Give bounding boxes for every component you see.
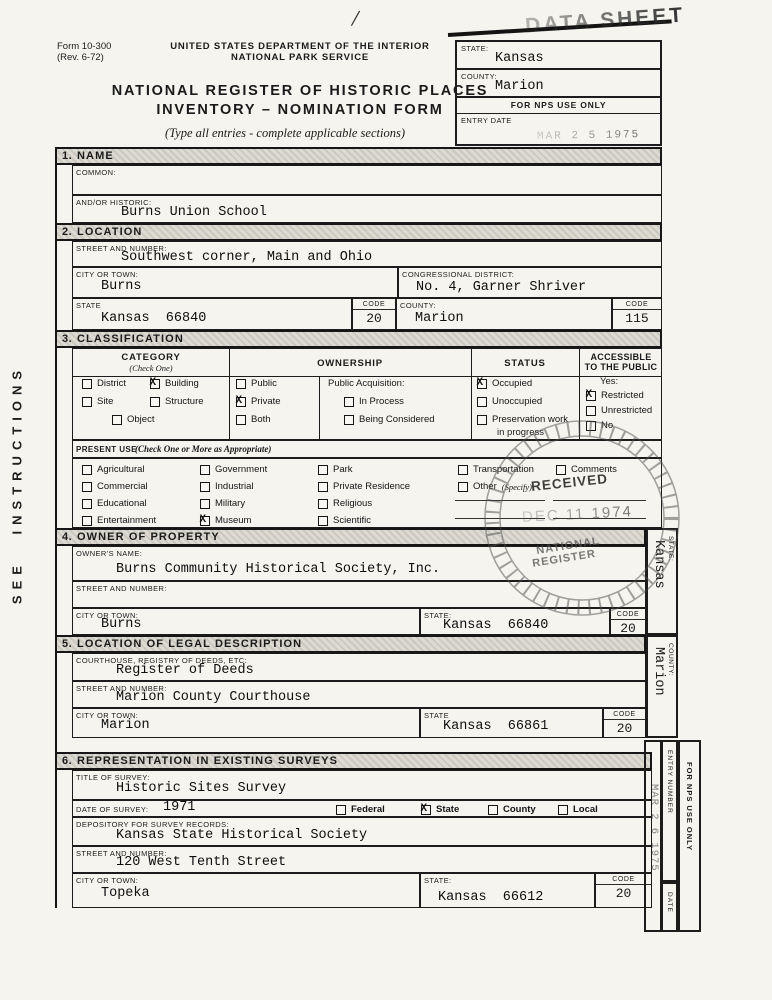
checkbox-being-considered: Being Considered (344, 414, 435, 425)
checkbox-box (200, 482, 210, 492)
field-congressional-district: CONGRESSIONAL DISTRICT: No. 4, Garner Sh… (398, 267, 662, 298)
county-code-value: 115 (613, 311, 661, 326)
checkbox-box (200, 499, 210, 509)
checkbox-box (200, 465, 210, 475)
district-value: No. 4, Garner Shriver (416, 280, 586, 295)
depository-value: Kansas State Historical Society (116, 828, 367, 843)
common-label: COMMON: (76, 168, 116, 177)
field-owner-city: CITY OR TOWN: Burns (72, 608, 420, 635)
checkbox-label: Educational (97, 498, 147, 509)
grid-line (319, 376, 320, 441)
checkbox-label: Local (573, 804, 598, 815)
entry-number-label: ENTRY NUMBER (666, 750, 673, 814)
checkbox-label: Scientific (333, 515, 371, 526)
survey-state-label: STATE: (424, 876, 452, 885)
sidebar-state-value: Kansas (651, 540, 666, 589)
checkbox-site: Site (82, 396, 113, 407)
checkbox-local: Local (558, 804, 598, 815)
entry-number-stamp: MAR 2 6 1975 (648, 784, 660, 872)
checkbox-box (236, 397, 246, 407)
owner-city-value: Burns (101, 617, 142, 632)
nps-county-row: COUNTY: Marion (457, 70, 660, 98)
checkbox-state: State (421, 804, 459, 815)
checkbox-box (150, 397, 160, 407)
survey-title-value: Historic Sites Survey (116, 781, 286, 796)
checkbox-box (477, 415, 487, 425)
checkbox-box (82, 465, 92, 475)
section-bar-name: 1. NAME (55, 147, 662, 165)
nps-county-value: Marion (495, 79, 544, 94)
scanned-form-page: Form 10-300 (Rev. 6-72) UNITED STATES DE… (0, 0, 772, 1000)
checkbox-label: County (503, 804, 536, 815)
field-common: COMMON: (72, 165, 662, 195)
category-header: CATEGORY (73, 352, 229, 363)
courthouse-value: Register of Deeds (116, 663, 254, 678)
checkbox-label: In Process (359, 396, 404, 407)
checkbox-unrestricted: Unrestricted (586, 405, 652, 416)
city-value: Burns (101, 279, 142, 294)
checkbox-in-process: In Process (344, 396, 404, 407)
survey-code-value: 20 (596, 886, 651, 901)
owner-name-value: Burns Community Historical Society, Inc. (116, 562, 440, 577)
district-label: CONGRESSIONAL DISTRICT: (402, 270, 514, 279)
state-code-value: 20 (353, 311, 395, 326)
checkbox-label: Object (127, 414, 154, 425)
legal-street-value: Marion County Courthouse (116, 690, 310, 705)
checkbox-box (200, 516, 210, 526)
survey-city-label: CITY OR TOWN: (76, 876, 138, 885)
sidebar-county-value: Marion (651, 647, 666, 696)
section-bar-location: 2. LOCATION (55, 223, 662, 241)
entry-date-label: ENTRY DATE (461, 116, 512, 125)
checkbox-box (318, 482, 328, 492)
checkbox-label: Building (165, 378, 199, 389)
checkbox-other: Other(Specify) (458, 481, 532, 492)
section-number: 5. (62, 638, 77, 650)
nps-county-label: COUNTY: (461, 72, 497, 81)
sidebar-state-label: STATE: (667, 536, 674, 561)
checkbox-box (318, 499, 328, 509)
checkbox-label: Public (251, 378, 277, 389)
agency-block: UNITED STATES DEPARTMENT OF THE INTERIOR… (140, 41, 460, 63)
checkbox-box (82, 516, 92, 526)
checkbox-occupied: Occupied (477, 378, 532, 389)
checkbox-label: State (436, 804, 459, 815)
field-street: STREET AND NUMBER: Southwest corner, Mai… (72, 241, 662, 267)
accessible-header-line1: ACCESSIBLE (579, 352, 663, 362)
fill-in-line (553, 518, 646, 519)
sidebar-state-cell: STATE: Kansas (646, 528, 678, 635)
checkbox-religious: Religious (318, 498, 372, 509)
field-depository: DEPOSITORY FOR SURVEY RECORDS: Kansas St… (72, 817, 652, 846)
section-title: REPRESENTATION IN EXISTING SURVEYS (77, 755, 338, 767)
checkbox-restricted: Restricted (586, 390, 644, 401)
section-number: 1. (62, 150, 77, 162)
accessible-header-line2: TO THE PUBLIC (579, 362, 663, 372)
entry-date-stamp: MAR 2 5 1975 (537, 129, 640, 143)
checkbox-private: Private (236, 396, 281, 407)
checkbox-district: District (82, 378, 126, 389)
checkbox-public: Public (236, 378, 277, 389)
sidebar-date-label: DATE (666, 892, 673, 913)
county-label: COUNTY: (400, 301, 436, 310)
category-header-cell: CATEGORY (Check One) (73, 352, 229, 373)
sidebar-county-cell: COUNTY: Marion (646, 635, 678, 738)
state-code-cell: CODE 20 (352, 298, 396, 330)
field-legal-city: CITY OR TOWN: Marion (72, 708, 420, 738)
field-legal-street: STREET AND NUMBER: Marion County Courtho… (72, 681, 646, 708)
nps-use-only-header: FOR NPS USE ONLY (457, 98, 660, 114)
sidebar-stamp-cell: MAR 2 6 1975 (644, 740, 662, 932)
checkbox-label: Industrial (215, 481, 254, 492)
field-survey-street: STREET AND NUMBER: 120 West Tenth Street (72, 846, 652, 873)
checkbox-box (150, 379, 160, 389)
checkbox-building: Building (150, 378, 199, 389)
checkbox-scientific: Scientific (318, 515, 371, 526)
form-title-line2: INVENTORY – NOMINATION FORM (90, 101, 510, 120)
checkbox-label: Being Considered (359, 414, 435, 425)
city-label: CITY OR TOWN: (76, 270, 138, 279)
classification-table: CATEGORY (Check One) OWNERSHIP STATUS AC… (72, 348, 662, 440)
field-owner-state: STATE: Kansas 66840 (420, 608, 610, 635)
checkbox-label: Unrestricted (601, 405, 652, 416)
form-title-line1: NATIONAL REGISTER OF HISTORIC PLACES (90, 82, 510, 101)
present-use-subnote: (Check One or More as Appropriate) (135, 444, 271, 454)
status-line2: in progress (497, 427, 544, 438)
grid-line (73, 376, 661, 377)
checkbox-box (82, 499, 92, 509)
nps-state-row: STATE: Kansas (457, 42, 660, 70)
legal-code-cell: CODE 20 (603, 708, 646, 738)
checkbox-preservation-work: Preservation work (477, 414, 568, 425)
owner-code-cell: CODE 20 (610, 608, 646, 635)
skewed-scan-line (448, 19, 672, 37)
checkbox-label: Restricted (601, 390, 644, 401)
checkbox-box (458, 465, 468, 475)
checkbox-label: Park (333, 464, 353, 475)
section-bar-classification: 3. CLASSIFICATION (55, 330, 662, 348)
checkbox-label: Site (97, 396, 113, 407)
checkbox-box (477, 397, 487, 407)
checkbox-military: Military (200, 498, 245, 509)
county-value: Marion (415, 311, 464, 326)
checkbox-box (82, 397, 92, 407)
checkbox-label: Federal (351, 804, 385, 815)
agency-line1: UNITED STATES DEPARTMENT OF THE INTERIOR (140, 41, 460, 52)
checkbox-private-residence: Private Residence (318, 481, 410, 492)
checkbox-commercial: Commercial (82, 481, 148, 492)
checkbox-box (344, 415, 354, 425)
checkbox-both: Both (236, 414, 271, 425)
accessible-header-cell: ACCESSIBLE TO THE PUBLIC (579, 352, 663, 372)
nps-state-value: Kansas (495, 51, 544, 66)
checkbox-box (586, 421, 596, 431)
category-subheader: (Check One) (73, 363, 229, 373)
checkbox-industrial: Industrial (200, 481, 254, 492)
checkbox-box (556, 465, 566, 475)
checkbox-label: District (97, 378, 126, 389)
survey-date-label: DATE OF SURVEY: (76, 805, 148, 814)
section-title: LOCATION (77, 226, 142, 238)
section-title: NAME (77, 150, 114, 162)
survey-street-value: 120 West Tenth Street (116, 855, 286, 870)
fill-in-line (455, 518, 545, 519)
fill-in-line (455, 500, 545, 501)
form-title-block: NATIONAL REGISTER OF HISTORIC PLACES INV… (90, 82, 510, 120)
present-use-header-row: PRESENT USE (Check One or More as Approp… (72, 440, 662, 458)
other-specify-note: (Specify) (502, 482, 532, 492)
checkbox-museum: Museum (200, 515, 251, 526)
checkbox-label: Other (473, 481, 497, 492)
section-title: LOCATION OF LEGAL DESCRIPTION (77, 638, 302, 650)
ownership-header: OWNERSHIP (229, 358, 471, 369)
code-label: CODE (613, 299, 661, 310)
section-title: OWNER OF PROPERTY (77, 531, 220, 543)
field-survey-title: TITLE OF SURVEY: Historic Sites Survey (72, 770, 652, 800)
field-survey-date: DATE OF SURVEY: 1971 Federal State Count… (72, 800, 652, 817)
acquisition-label: Public Acquisition: (328, 378, 405, 389)
checkbox-park: Park (318, 464, 353, 475)
checkbox-box (318, 465, 328, 475)
section-number: 2. (62, 226, 77, 238)
checkbox-box (236, 379, 246, 389)
code-label: CODE (596, 874, 651, 885)
checkbox-federal: Federal (336, 804, 385, 815)
status-header: STATUS (471, 358, 579, 369)
checkbox-box (488, 805, 498, 815)
owner-name-label: OWNER'S NAME: (76, 549, 142, 558)
nps-state-label: STATE: (461, 44, 489, 53)
checkbox-box (458, 482, 468, 492)
checkbox-agricultural: Agricultural (82, 464, 145, 475)
section-title: CLASSIFICATION (77, 333, 184, 345)
checkbox-box (586, 406, 596, 416)
checkbox-box (336, 805, 346, 815)
county-code-cell: CODE 115 (612, 298, 662, 330)
section-number: 3. (62, 333, 77, 345)
checkbox-box (236, 415, 246, 425)
sidebar-nps-only-cell: FOR NPS USE ONLY (678, 740, 701, 932)
checkbox-label: Religious (333, 498, 372, 509)
checkbox-box (82, 379, 92, 389)
checkbox-label: Government (215, 464, 267, 475)
checkbox-label: Occupied (492, 378, 532, 389)
field-city: CITY OR TOWN: Burns (72, 267, 398, 298)
sidebar-county-label: COUNTY: (667, 643, 674, 676)
checkbox-box (477, 379, 487, 389)
handwritten-mark: / (350, 6, 361, 34)
checkbox-county: County (488, 804, 536, 815)
sidebar-entry-number-cell: ENTRY NUMBER (661, 740, 678, 882)
section-bar-legal: 5. LOCATION OF LEGAL DESCRIPTION (55, 635, 646, 653)
street-value: Southwest corner, Main and Ohio (121, 250, 372, 265)
present-use-label: PRESENT USE (76, 445, 137, 454)
accessible-yes-label: Yes: (600, 376, 618, 387)
field-state: STATE Kansas 66840 (72, 298, 352, 330)
checkbox-label: No (601, 420, 613, 431)
checkbox-label: Structure (165, 396, 204, 407)
legal-city-value: Marion (101, 718, 150, 733)
checkbox-label: Private (251, 396, 281, 407)
checkbox-object: Object (112, 414, 154, 425)
checkbox-label: Transportation (473, 464, 534, 475)
checkbox-label: Private Residence (333, 481, 410, 492)
nps-use-box: STATE: Kansas COUNTY: Marion FOR NPS USE… (455, 40, 662, 146)
checkbox-box (421, 805, 431, 815)
checkbox-box (112, 415, 122, 425)
field-survey-state: STATE: Kansas 66612 (420, 873, 595, 908)
survey-state-value: Kansas 66612 (438, 890, 543, 905)
state-label: STATE (76, 301, 101, 310)
field-courthouse: COURTHOUSE, REGISTRY OF DEEDS, ETC: Regi… (72, 653, 646, 681)
section-bar-owner: 4. OWNER OF PROPERTY (55, 528, 646, 546)
checkbox-government: Government (200, 464, 267, 475)
checkbox-box (318, 516, 328, 526)
legal-state-value: Kansas 66861 (443, 719, 548, 734)
type-instructions: (Type all entries - complete applicable … (120, 126, 450, 141)
checkbox-unoccupied: Unoccupied (477, 396, 542, 407)
code-label: CODE (353, 299, 395, 310)
form-number: Form 10-300 (57, 41, 111, 52)
section-bar-surveys: 6. REPRESENTATION IN EXISTING SURVEYS (55, 752, 652, 770)
code-label: CODE (604, 709, 645, 720)
checkbox-structure: Structure (150, 396, 204, 407)
checkbox-box (344, 397, 354, 407)
checkbox-label: Military (215, 498, 245, 509)
nps-entry-date-row: ENTRY DATE MAR 2 5 1975 (457, 114, 660, 148)
section-number: 6. (62, 755, 77, 767)
checkbox-no: No (586, 420, 613, 431)
sidebar-date-cell: DATE (661, 882, 678, 932)
checkbox-label: Unoccupied (492, 396, 542, 407)
checkbox-box (82, 482, 92, 492)
field-survey-city: CITY OR TOWN: Topeka (72, 873, 420, 908)
checkbox-label: Commercial (97, 481, 148, 492)
checkbox-educational: Educational (82, 498, 147, 509)
checkbox-label: Preservation work (492, 414, 568, 425)
agency-line2: NATIONAL PARK SERVICE (140, 52, 460, 63)
field-county: COUNTY: Marion (396, 298, 612, 330)
survey-date-value: 1971 (163, 800, 195, 815)
state-value: Kansas 66840 (101, 311, 206, 326)
code-label: CODE (611, 609, 645, 620)
historic-value: Burns Union School (121, 205, 267, 220)
checkbox-comments: Comments (556, 464, 617, 475)
field-owner-name: OWNER'S NAME: Burns Community Historical… (72, 546, 646, 581)
checkbox-transportation: Transportation (458, 464, 534, 475)
checkbox-box (558, 805, 568, 815)
checkbox-label: Entertainment (97, 515, 156, 526)
field-owner-street: STREET AND NUMBER: (72, 581, 646, 608)
survey-city-value: Topeka (101, 886, 150, 901)
field-legal-state: STATE Kansas 66861 (420, 708, 603, 738)
checkbox-label: Both (251, 414, 271, 425)
legal-code-value: 20 (604, 721, 645, 736)
fill-in-line (553, 500, 646, 501)
checkbox-box (586, 391, 596, 401)
owner-state-value: Kansas 66840 (443, 618, 548, 633)
owner-street-label: STREET AND NUMBER: (76, 584, 167, 593)
form-revision: (Rev. 6-72) (57, 52, 111, 63)
sidebar-nps-only-label: FOR NPS USE ONLY (685, 762, 694, 851)
checkbox-label: Comments (571, 464, 617, 475)
checkbox-label: Museum (215, 515, 251, 526)
field-historic: AND/OR HISTORIC: Burns Union School (72, 195, 662, 223)
owner-code-value: 20 (611, 621, 645, 636)
form-number-block: Form 10-300 (Rev. 6-72) (57, 41, 111, 63)
checkbox-entertainment: Entertainment (82, 515, 156, 526)
checkbox-label: Agricultural (97, 464, 145, 475)
section-number: 4. (62, 531, 77, 543)
see-instructions-margin: SEE INSTRUCTIONS (10, 355, 25, 615)
